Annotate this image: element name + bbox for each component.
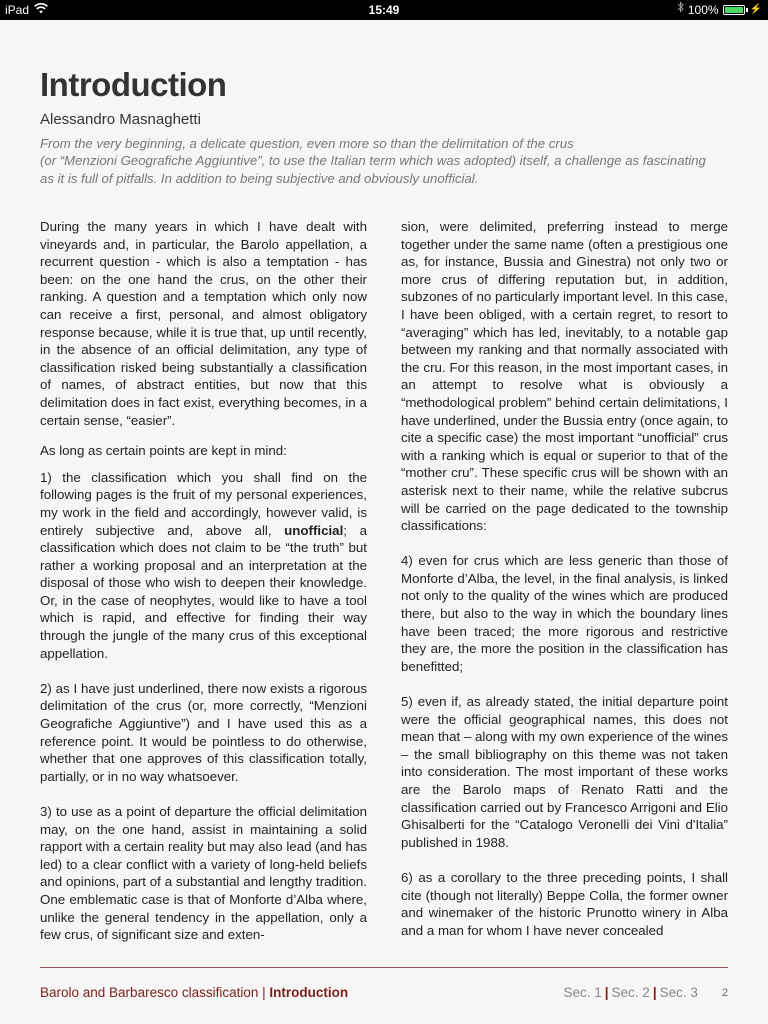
bluetooth-icon <box>677 0 684 20</box>
nav-separator: | <box>653 985 657 1001</box>
paragraph-point-6: 6) as a corollary to the three preceding… <box>401 869 728 939</box>
book-title-link[interactable]: Barolo and Barbaresco classification <box>40 985 258 1000</box>
abstract-line: as it is full of pitfalls. In addition t… <box>40 170 730 187</box>
section-3-link[interactable]: Sec. 3 <box>660 985 698 1001</box>
paragraph-point-3: 3) to use as a point of departure the of… <box>40 803 367 944</box>
current-section: Introduction <box>269 985 348 1000</box>
footer-breadcrumb: Barolo and Barbaresco classification | I… <box>40 985 348 1001</box>
emphasis-unofficial: unofficial <box>284 523 343 538</box>
paragraph-point-1: 1) the classification which you shall fi… <box>40 469 367 663</box>
author-name: Alessandro Masnaghetti <box>40 111 730 129</box>
section-nav: Sec. 1 | Sec. 2 | Sec. 3 2 <box>563 985 728 1001</box>
abstract: From the very beginning, a delicate ques… <box>40 135 730 187</box>
article-body: During the many years in which I have de… <box>40 218 728 961</box>
paragraph: As long as certain points are kept in mi… <box>40 442 367 460</box>
page-title: Introduction <box>40 66 730 104</box>
breadcrumb-separator: | <box>262 985 266 1000</box>
footer-divider <box>40 967 728 968</box>
paragraph-point-2: 2) as I have just underlined, there now … <box>40 680 367 786</box>
paragraph-point-5: 5) even if, as already stated, the initi… <box>401 693 728 851</box>
status-right: 100% ⚡ <box>677 0 762 20</box>
text: ; a classification which does not claim … <box>40 523 367 661</box>
page-number: 2 <box>722 985 728 1001</box>
paragraph: During the many years in which I have de… <box>40 218 367 429</box>
section-1-link[interactable]: Sec. 1 <box>563 985 601 1001</box>
clock: 15:49 <box>0 0 768 20</box>
right-column: sion, were delimited, preferring instead… <box>401 218 728 961</box>
paragraph: sion, were delimited, preferring instead… <box>401 218 728 535</box>
left-column: During the many years in which I have de… <box>40 218 367 961</box>
article-header: Introduction Alessandro Masnaghetti From… <box>40 66 730 187</box>
paragraph-point-4: 4) even for crus which are less generic … <box>401 552 728 675</box>
battery-percent: 100% <box>688 0 719 20</box>
section-2-link[interactable]: Sec. 2 <box>612 985 650 1001</box>
abstract-line: (or “Menzioni Geografiche Aggiuntive”, t… <box>40 152 730 169</box>
abstract-line: From the very beginning, a delicate ques… <box>40 135 730 152</box>
status-bar: iPad 15:49 100% ⚡ <box>0 0 768 20</box>
battery-charging-icon: ⚡ <box>723 0 762 20</box>
nav-separator: | <box>605 985 609 1001</box>
